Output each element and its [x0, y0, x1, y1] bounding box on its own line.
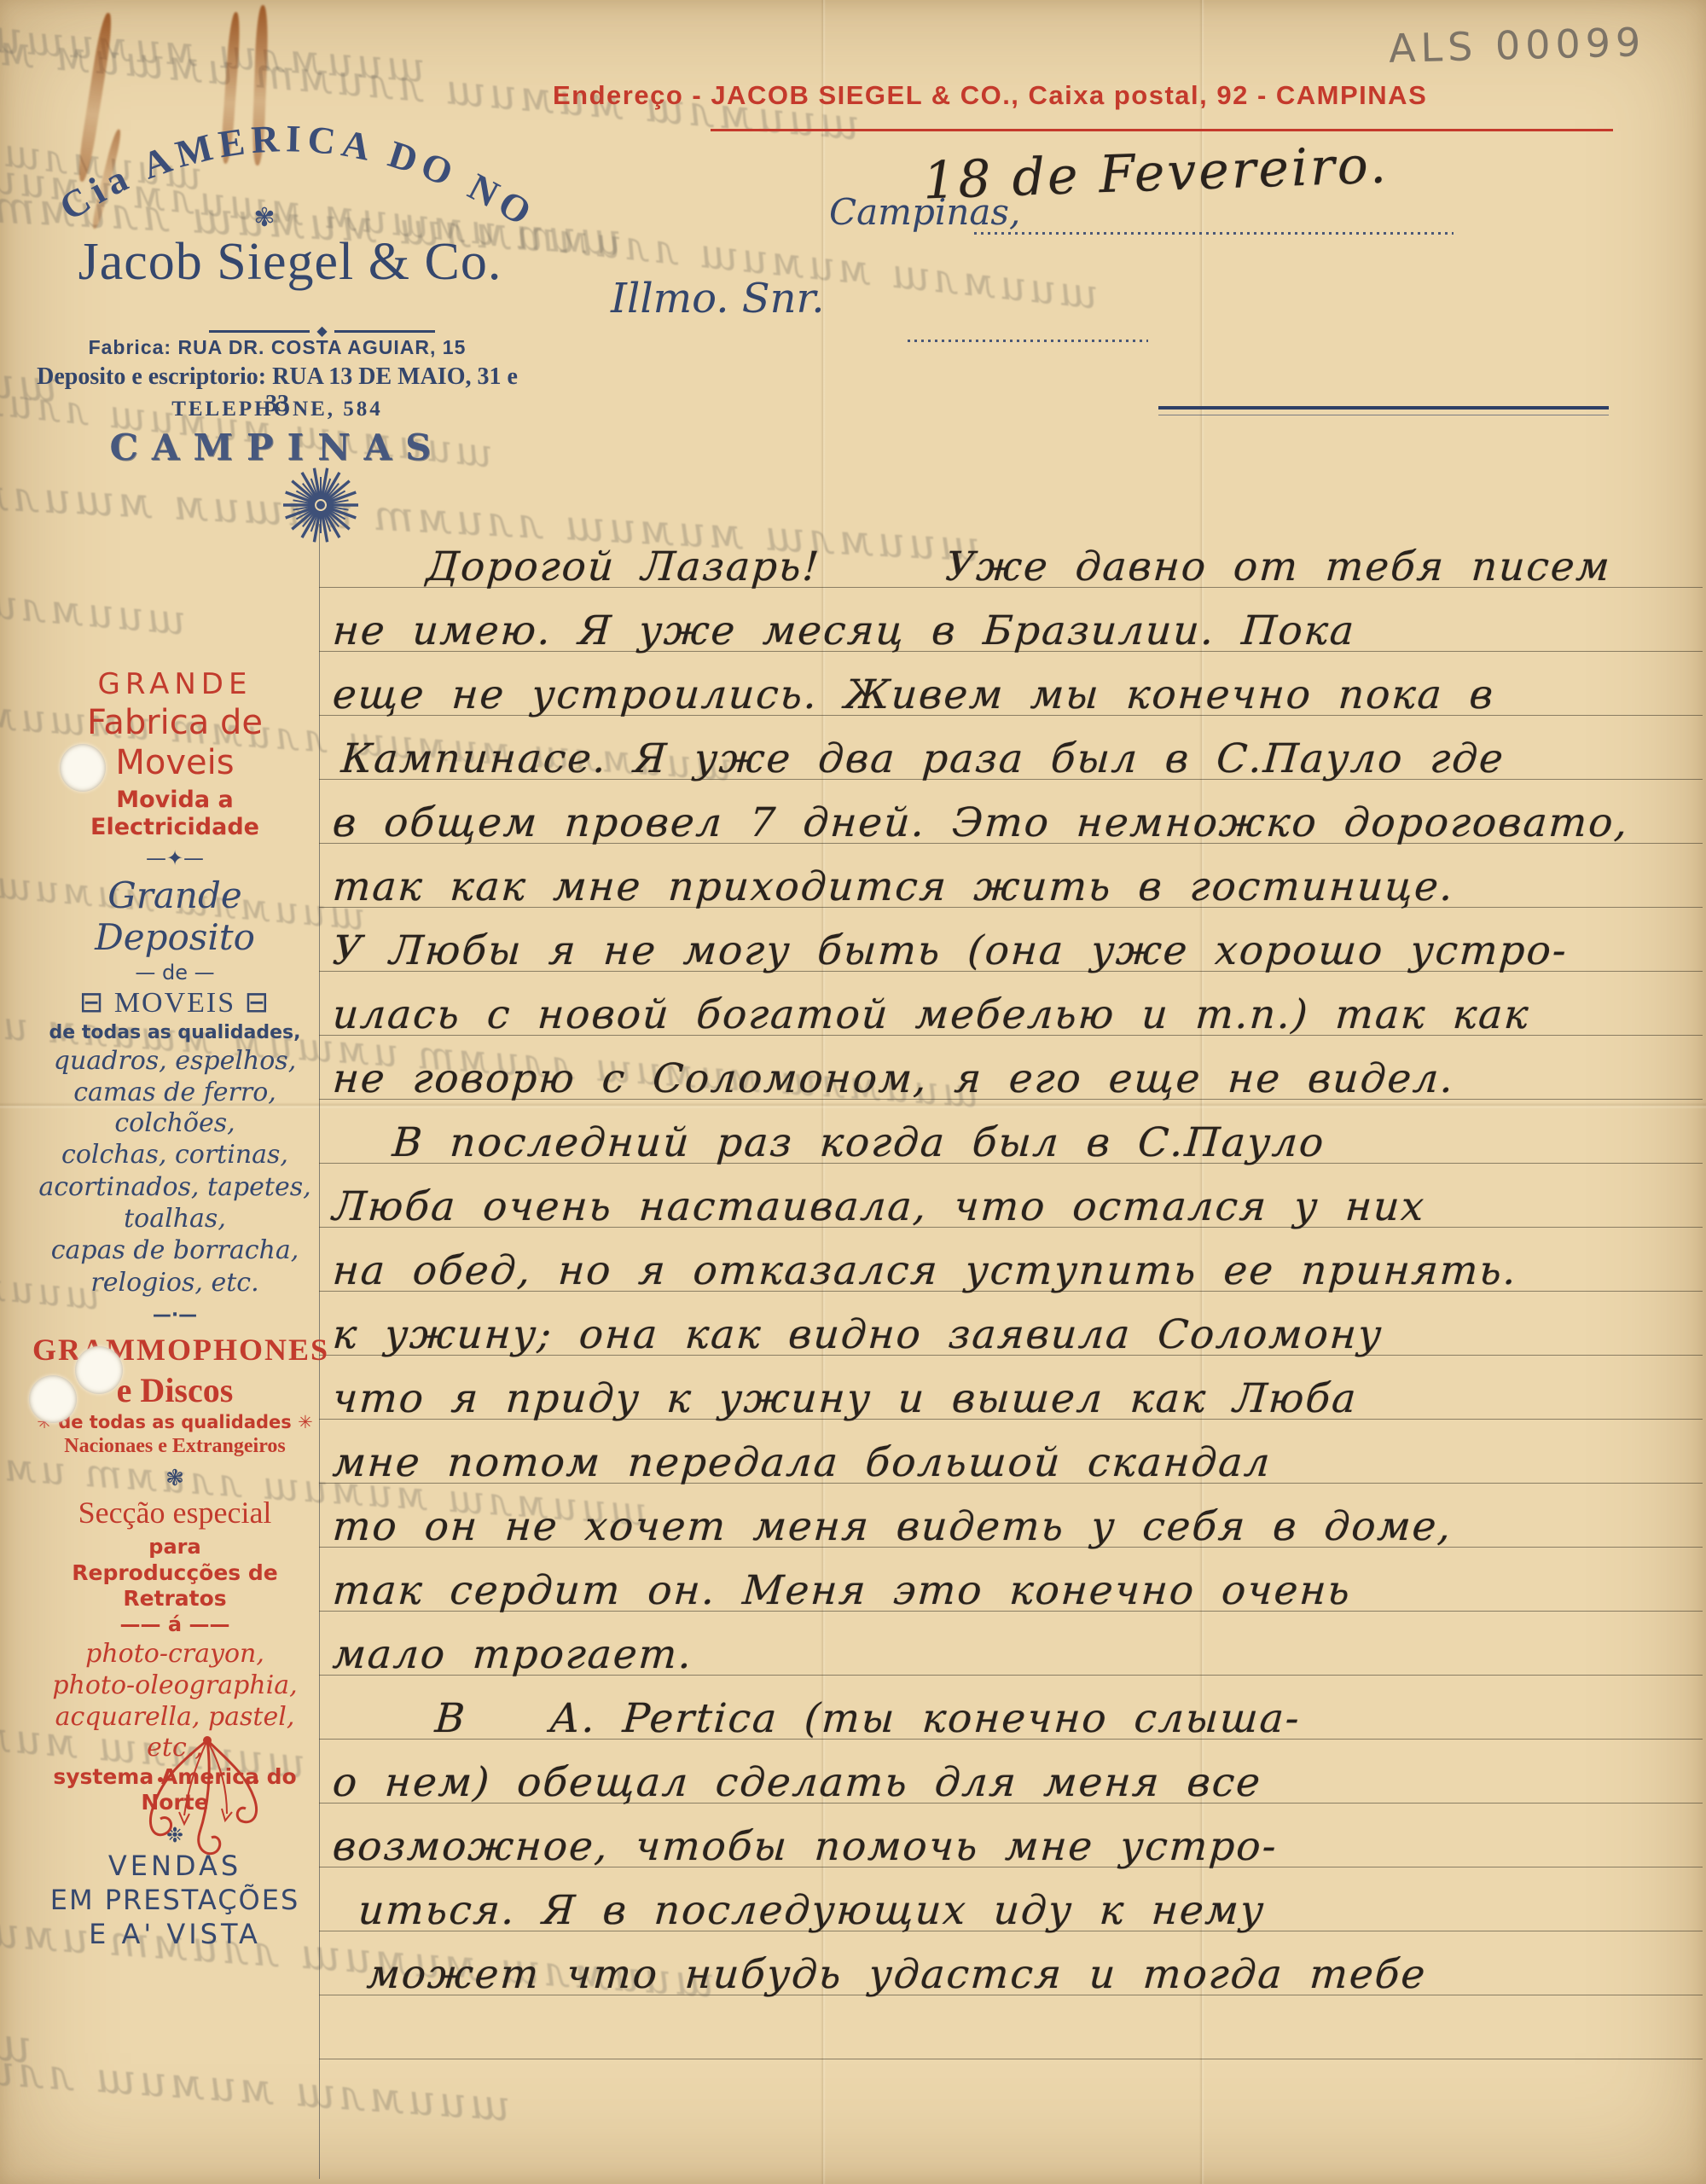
handwritten-line: к ужину; она как видно заявила Соломону	[331, 1310, 1384, 1360]
telephone-line: TELEPHONE, 584	[51, 398, 503, 421]
handwritten-line: мне потом передала большой скандал	[331, 1438, 1273, 1488]
sidebar-line: photo-oleographia,	[32, 1670, 317, 1700]
handwritten-line: илась с новой богатой мебелью и т.п.) та…	[331, 990, 1531, 1040]
ruled-line-row: В А. Pertica (ты конечно слыша-	[319, 1676, 1703, 1740]
ruled-line-row: возможное, чтобы помочь мне устро-	[319, 1804, 1703, 1867]
sidebar-line: capas de borracha,	[32, 1235, 317, 1265]
sidebar-line: — de —	[32, 961, 317, 985]
sidebar-line: de todas as qualidades,	[32, 1022, 317, 1044]
handwritten-line: Люба очень настаивала, что остался у них	[331, 1182, 1427, 1232]
ruled-line-row: Дорогой Лазарь! Уже давно от тебя писем	[319, 524, 1703, 588]
handwritten-line: еще не устроились. Живем мы конечно пока…	[331, 671, 1496, 720]
handwritten-line: о нем) обещал сделать для меня все	[331, 1758, 1263, 1808]
sidebar-line: Reproducções de Retratos	[32, 1560, 317, 1611]
bleed-through-text: шиимлш мимиш ллимт имшим мшилм имииш тим…	[0, 1795, 34, 2074]
handwritten-line: может что нибудь удастся и тогда тебе	[365, 1950, 1428, 2000]
company-name: Jacob Siegel & Co.	[68, 232, 512, 293]
sidebar-line: camas de ferro, colchões,	[32, 1077, 317, 1138]
sidebar-line: toalhas,	[32, 1204, 317, 1234]
handwritten-line: не говорю с Соломоном, я его еще не виде…	[331, 1054, 1456, 1104]
handwritten-line: не имею. Я уже месяц в Бразилии. Пока	[331, 607, 1357, 656]
sidebar-line: ⊟ MOVEIS ⊟	[32, 986, 317, 1020]
addressee-rule-thin	[1158, 415, 1609, 415]
salutation-dotted-line	[908, 340, 1148, 342]
handwritten-line: иться. Я в последующих иду к нему	[357, 1886, 1267, 1936]
ruled-line-row: что я приду к ужину и вышел как Люба	[319, 1356, 1703, 1420]
sidebar-line: ✳ de todas as qualidades ✳	[32, 1412, 317, 1433]
handwritten-line: У Любы я не могу быть (она уже хорошо ус…	[331, 926, 1570, 976]
sidebar-line: —✦—	[32, 846, 317, 870]
punch-hole	[75, 1346, 123, 1394]
ruled-line-row	[319, 1995, 1703, 2059]
sidebar-line: Grande Deposito	[32, 874, 317, 959]
handwritten-line: Дорогой Лазарь! Уже давно от тебя писем	[425, 543, 1613, 592]
punch-hole	[60, 744, 106, 792]
sidebar-line: GRAMMOPHONES	[32, 1332, 317, 1368]
printed-address-header: Endereço - JACOB SIEGEL & CO., Caixa pos…	[553, 80, 1628, 111]
handwritten-line: что я приду к ужину и вышел как Люба	[331, 1374, 1359, 1424]
addressee-rule	[1158, 406, 1609, 409]
ruled-line-row: мне потом передала большой скандал	[319, 1420, 1703, 1484]
sidebar-line: —— á ——	[32, 1612, 317, 1636]
sidebar-line: Secção especial	[32, 1495, 317, 1531]
header-underline	[711, 129, 1613, 131]
ruled-line-row: еще не устроились. Живем мы конечно пока…	[319, 652, 1703, 716]
ruled-line-row: может что нибудь удастся и тогда тебе	[319, 1931, 1703, 1995]
sidebar-line: —·—	[32, 1304, 317, 1327]
sidebar-line: Nacionaes e Extrangeiros	[32, 1434, 317, 1458]
handwritten-line: В последний раз когда был в С.Пауло	[391, 1118, 1326, 1168]
ruled-line-row: мало трогает.	[319, 1612, 1703, 1676]
sidebar-line: photo-crayon,	[32, 1639, 317, 1669]
handwritten-line: так сердит он. Меня это конечно очень	[331, 1566, 1353, 1616]
ruled-line-row: не имею. Я уже месяц в Бразилии. Пока	[319, 588, 1703, 652]
sidebar-line: acortinados, tapetes,	[32, 1172, 317, 1202]
printed-salutation: Illmo. Snr.	[611, 275, 824, 322]
ruled-line-row: так сердит он. Меня это конечно очень	[319, 1548, 1703, 1612]
sidebar-line: E A' VISTA	[32, 1919, 317, 1951]
handwritten-line: на обед, но я отказался уступить ее прин…	[331, 1246, 1519, 1296]
handwritten-line: возможное, чтобы помочь мне устро-	[331, 1822, 1279, 1872]
handwritten-line: В А. Pertica (ты конечно слыша-	[433, 1694, 1303, 1744]
ruled-line-row: то он не хочет меня видеть у себя в доме…	[319, 1484, 1703, 1548]
ruled-line-row: Кампинасе. Я уже два раза был в С.Пауло …	[319, 716, 1703, 780]
sidebar-line: para	[32, 1535, 317, 1559]
sidebar-line: quadros, espelhos,	[32, 1046, 317, 1076]
letterhead-city: CAMPINAS	[51, 427, 503, 468]
catalog-number-pencil: ALS 00099	[1388, 19, 1646, 72]
letterhead-fleuron-icon: ✾	[196, 203, 333, 233]
ruled-line-row: не говорю с Соломоном, я его еще не виде…	[319, 1036, 1703, 1100]
letter-body: Дорогой Лазарь! Уже давно от тебя писемн…	[319, 524, 1703, 2059]
punch-hole	[29, 1375, 77, 1423]
handwritten-line: мало трогает.	[331, 1630, 694, 1680]
sidebar-line: EM PRESTAÇÕES	[32, 1885, 317, 1917]
handwritten-line: Кампинасе. Я уже два раза был в С.Пауло …	[339, 735, 1506, 784]
handwritten-line: в общем провел 7 дней. Это немножко доро…	[331, 799, 1631, 848]
handwritten-line: так как мне приходится жить в гостинице.	[331, 863, 1456, 912]
fabrica-address: Fabrica: RUA DR. COSTA AGUIAR, 15	[51, 336, 503, 359]
handwritten-line: то он не хочет меня видеть у себя в доме…	[331, 1502, 1454, 1552]
flourish-ornament-icon	[126, 1730, 288, 1871]
bleed-through-text: шиимлш мимиш ллимт имшим мшилм имииш тим…	[0, 0, 26, 66]
sidebar-line: colchas, cortinas,	[32, 1140, 317, 1170]
sidebar-line: relogios, etc.	[32, 1268, 317, 1298]
ruled-line-row: В последний раз когда был в С.Пауло	[319, 1100, 1703, 1164]
ruled-line-row: иться. Я в последующих иду к нему	[319, 1867, 1703, 1931]
ruled-line-row: Люба очень настаивала, что остался у них	[319, 1164, 1703, 1228]
date-dotted-line	[974, 232, 1454, 235]
ruled-line-row: к ужину; она как видно заявила Соломону	[319, 1292, 1703, 1356]
ruled-line-row: так как мне приходится жить в гостинице.	[319, 844, 1703, 908]
ruled-line-row: в общем провел 7 дней. Это немножко доро…	[319, 780, 1703, 844]
ruled-line-row: илась с новой богатой мебелью и т.п.) та…	[319, 972, 1703, 1036]
letter-page: шиимлш мимиш ллимт имшим мшилм имииш тим…	[0, 0, 1706, 2184]
sidebar-line: GRANDE	[32, 667, 317, 701]
ruled-line-row: У Любы я не могу быть (она уже хорошо ус…	[319, 908, 1703, 972]
ruled-line-row: о нем) обещал сделать для меня все	[319, 1740, 1703, 1804]
sidebar-line: Movida a Electricidade	[32, 787, 317, 841]
sidebar-line: ❃	[32, 1466, 317, 1492]
ruled-line-row: на обед, но я отказался уступить ее прин…	[319, 1228, 1703, 1292]
